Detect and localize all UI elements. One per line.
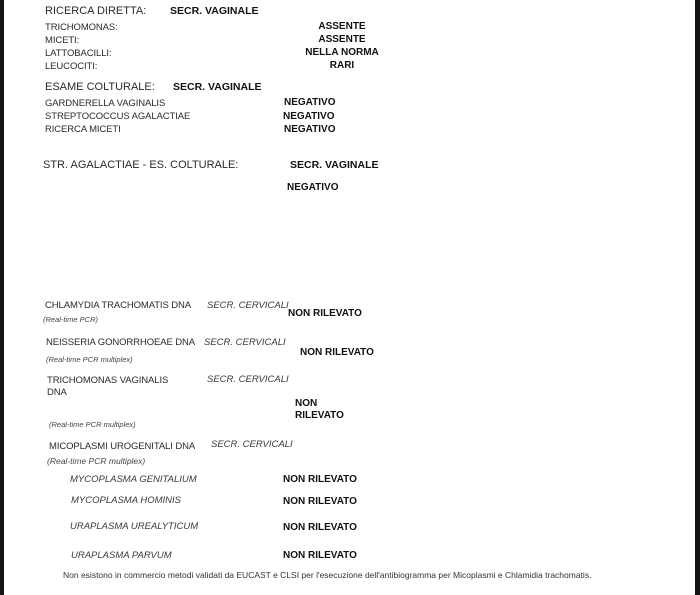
result-value: NON RILEVATO — [288, 308, 362, 319]
test-method: (Real-time PCR multiplex) — [46, 355, 133, 364]
result-value: NON RILEVATO — [283, 474, 357, 485]
section-title: ESAME COLTURALE: — [45, 81, 155, 93]
result-value: NON RILEVATO — [283, 550, 357, 561]
test-label: CHLAMYDIA TRACHOMATIS DNA — [45, 300, 191, 311]
test-method: (Real-time PCR multiplex) — [49, 420, 136, 429]
result-value: NON RILEVATO — [300, 347, 374, 358]
result-label: RICERCA MICETI — [45, 124, 121, 135]
sample-type: SECR. VAGINALE — [290, 159, 378, 171]
organism-label: URAPLASMA UREALYTICUM — [70, 521, 198, 532]
sample-type: SECR. CERVICALI — [204, 337, 286, 348]
result-value: ASSENTE — [292, 34, 392, 45]
section-title: STR. AGALACTIAE - ES. COLTURALE: — [43, 159, 238, 171]
test-label-cont: DNA — [47, 387, 67, 398]
result-value: NEGATIVO — [284, 97, 335, 108]
test-method: (Real-time PCR) — [43, 315, 98, 324]
test-label: TRICHOMONAS VAGINALIS — [47, 375, 168, 386]
result-label: TRICHOMONAS: — [45, 22, 118, 33]
organism-label: MYCOPLASMA HOMINIS — [71, 495, 181, 506]
result-value: NEGATIVO — [283, 111, 334, 122]
result-label: LEUCOCITI: — [45, 61, 97, 72]
result-value: NELLA NORMA — [292, 47, 392, 58]
result-value: NEGATIVO — [287, 182, 338, 193]
sample-type: SECR. VAGINALE — [170, 5, 258, 17]
sample-type: SECR. CERVICALI — [207, 300, 289, 311]
result-label: STREPTOCOCCUS AGALACTIAE — [45, 111, 190, 122]
result-label: LATTOBACILLI: — [45, 48, 111, 59]
result-value: NON RILEVATO — [283, 522, 357, 533]
result-value: NEGATIVO — [284, 124, 335, 135]
result-value: ASSENTE — [292, 21, 392, 32]
result-label: GARDNERELLA VAGINALIS — [45, 98, 165, 109]
section-title: RICERCA DIRETTA: — [45, 5, 146, 17]
result-value: NON RILEVATO — [283, 496, 357, 507]
window-border-left — [0, 0, 4, 595]
sample-type: SECR. CERVICALI — [211, 439, 293, 450]
result-value: NON — [295, 398, 317, 409]
sample-type: SECR. CERVICALI — [207, 374, 289, 385]
window-border-right — [695, 0, 700, 595]
test-method: (Real-time PCR multiplex) — [47, 456, 145, 466]
footer-note: Non esistono in commercio metodi validat… — [63, 570, 591, 580]
organism-label: MYCOPLASMA GENITALIUM — [70, 474, 197, 485]
result-value-cont: RILEVATO — [295, 410, 344, 421]
result-value: RARI — [292, 60, 392, 71]
result-label: MICETI: — [45, 35, 79, 46]
organism-label: URAPLASMA PARVUM — [71, 550, 172, 561]
sample-type: SECR. VAGINALE — [173, 81, 261, 93]
test-label: NEISSERIA GONORRHOEAE DNA — [46, 337, 195, 348]
test-label: MICOPLASMI UROGENITALI DNA — [49, 441, 195, 452]
